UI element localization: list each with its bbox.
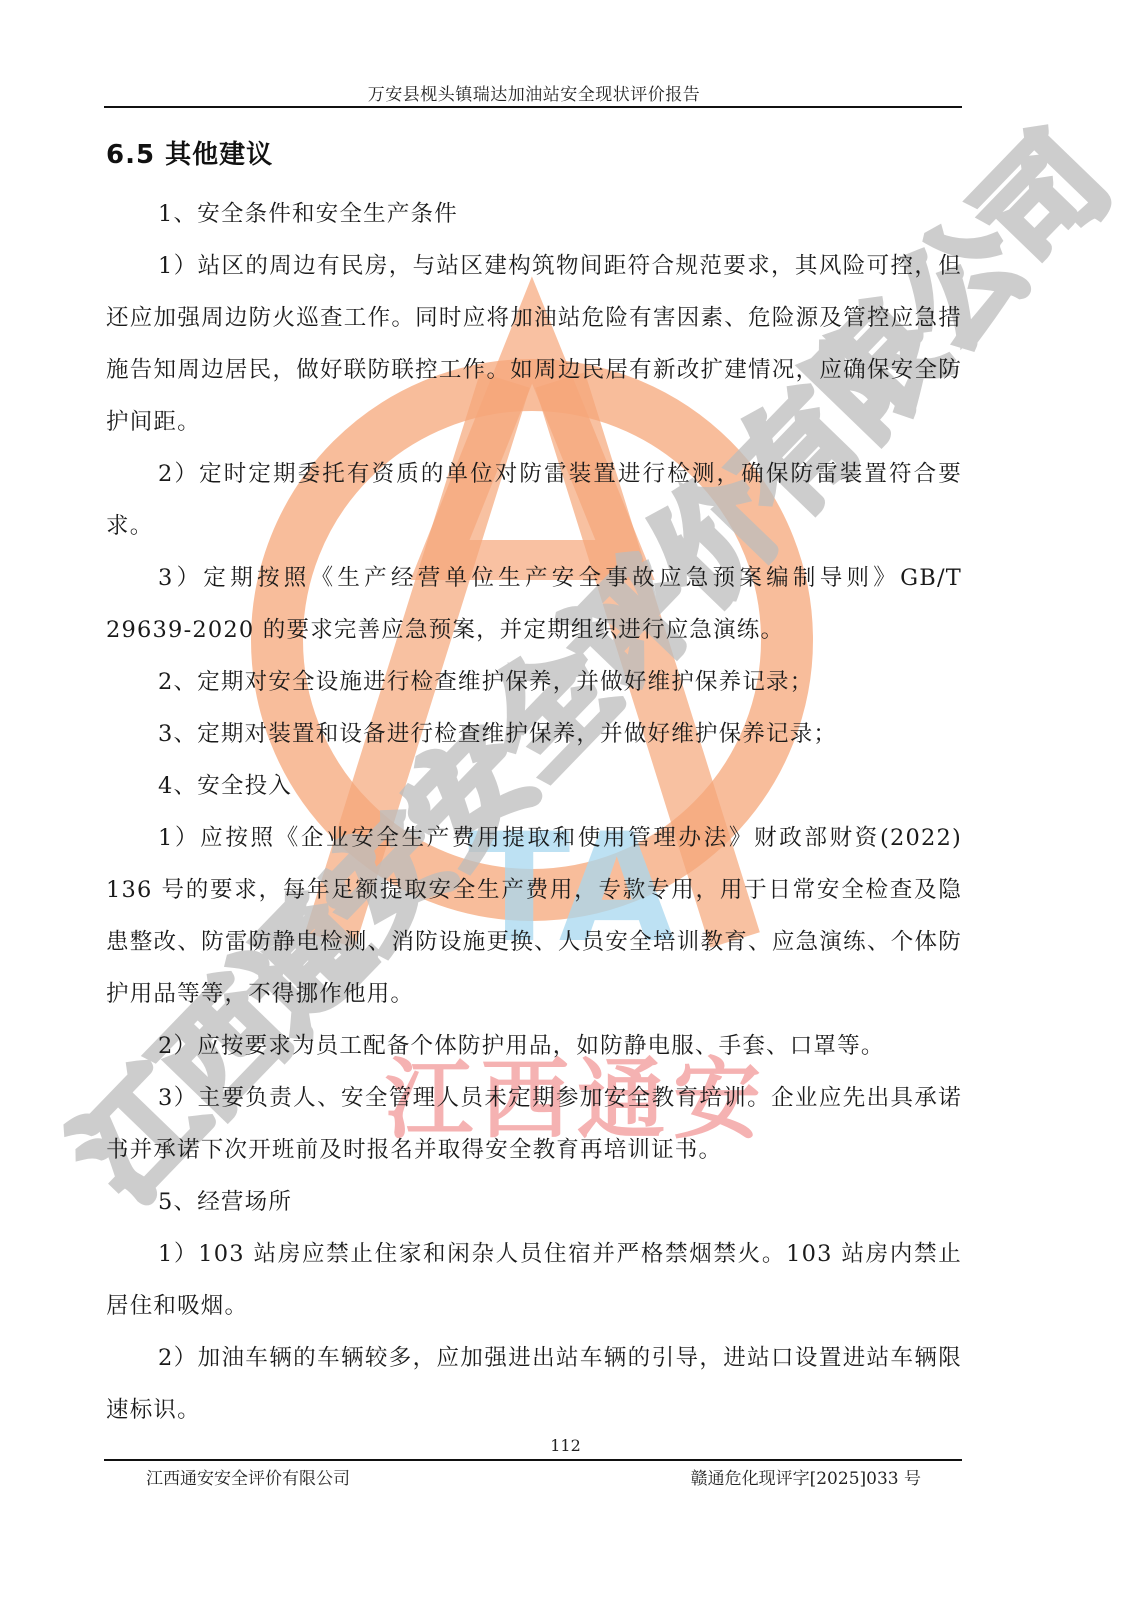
paragraph: 2）定时定期委托有资质的单位对防雷装置进行检测，确保防雷装置符合要求。	[106, 448, 962, 552]
section-title: 6.5 其他建议	[106, 134, 273, 171]
paragraph: 1、安全条件和安全生产条件	[106, 188, 962, 240]
footer-report-code: 赣通危化现评字[2025]033 号	[691, 1464, 921, 1489]
body-text: 1、安全条件和安全生产条件 1）站区的周边有民房，与站区建构筑物间距符合规范要求…	[106, 188, 962, 1436]
header-divider	[104, 106, 962, 108]
document-page: TA 江西通安 江西通安安全评价有限公司 万安县枧头镇瑞达加油站安全现状评价报告…	[0, 0, 1131, 1600]
paragraph: 4、安全投入	[106, 760, 962, 812]
paragraph: 3）定期按照《生产经营单位生产安全事故应急预案编制导则》GB/T 29639-2…	[106, 552, 962, 656]
page-number: 112	[0, 1436, 1131, 1455]
footer-company: 江西通安安全评价有限公司	[146, 1464, 350, 1489]
paragraph: 3）主要负责人、安全管理人员未定期参加安全教育培训。企业应先出具承诺书并承诺下次…	[106, 1072, 962, 1176]
paragraph: 5、经营场所	[106, 1176, 962, 1228]
paragraph: 1）应按照《企业安全生产费用提取和使用管理办法》财政部财资(2022) 136 …	[106, 812, 962, 1020]
paragraph: 1）103 站房应禁止住家和闲杂人员住宿并严格禁烟禁火。103 站房内禁止居住和…	[106, 1228, 962, 1332]
paragraph: 3、定期对装置和设备进行检查维护保养，并做好维护保养记录；	[106, 708, 962, 760]
running-header: 万安县枧头镇瑞达加油站安全现状评价报告	[106, 80, 962, 105]
paragraph: 1）站区的周边有民房，与站区建构筑物间距符合规范要求，其风险可控，但还应加强周边…	[106, 240, 962, 448]
paragraph: 2、定期对安全设施进行检查维护保养，并做好维护保养记录；	[106, 656, 962, 708]
paragraph: 2）加油车辆的车辆较多，应加强进出站车辆的引导，进站口设置进站车辆限速标识。	[106, 1332, 962, 1436]
paragraph: 2）应按要求为员工配备个体防护用品，如防静电服、手套、口罩等。	[106, 1020, 962, 1072]
footer-divider	[104, 1459, 962, 1461]
